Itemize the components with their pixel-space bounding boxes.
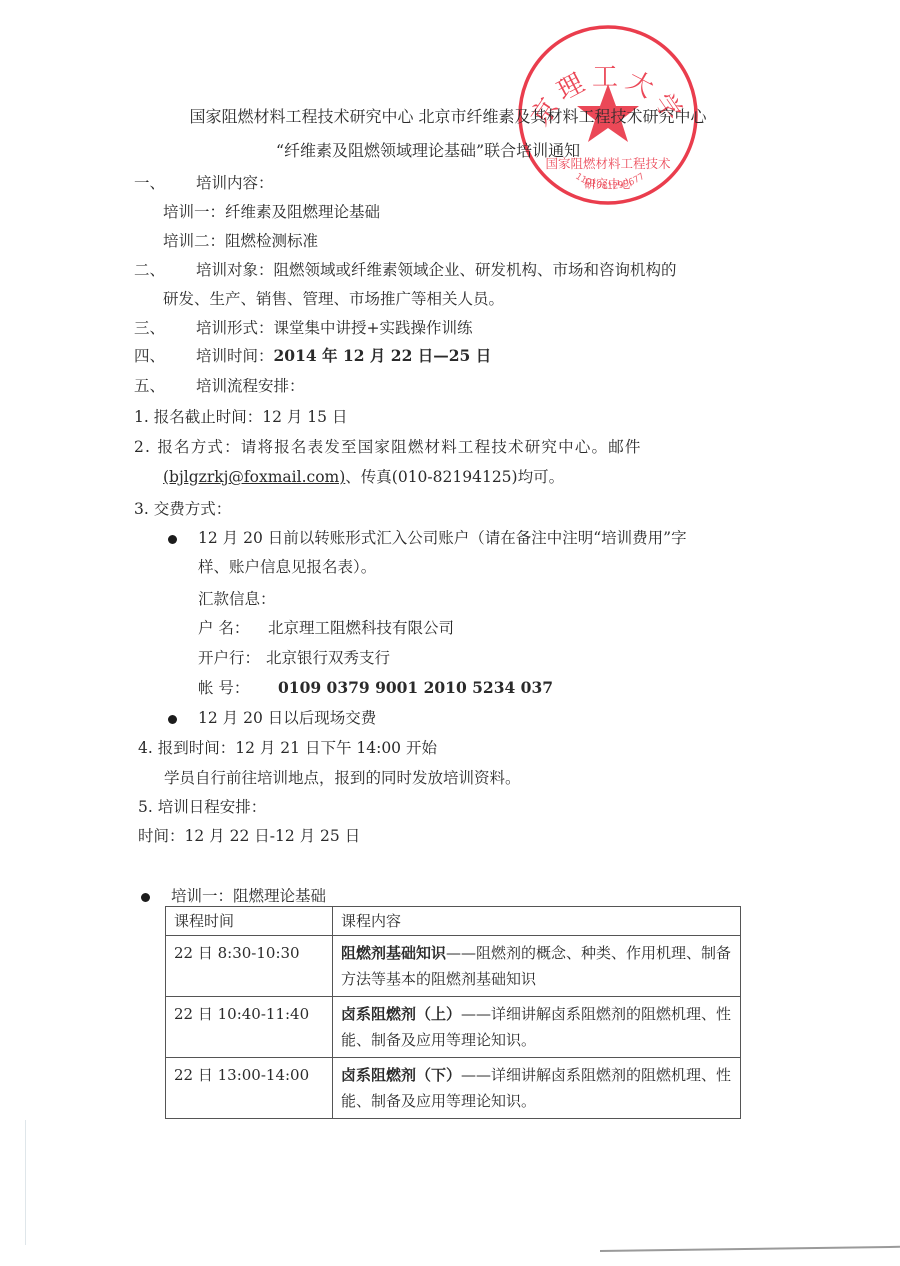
section-3-heading: 培训形式：课堂集中讲授+实践操作训练 bbox=[196, 318, 473, 338]
bullet-icon bbox=[141, 893, 150, 902]
bullet-icon bbox=[168, 535, 177, 544]
account-number-label: 帐 号： bbox=[198, 678, 249, 698]
account-name-label: 户 名： bbox=[198, 618, 249, 638]
section-5-heading: 培训流程安排： bbox=[196, 376, 305, 396]
step-3-payment: 3. 交费方式： bbox=[134, 499, 231, 519]
table-row: 22 日 13:00-14:00 卤系阻燃剂（下）——详细讲解卤系阻燃剂的阻燃机… bbox=[166, 1058, 741, 1119]
session-title: 卤系阻燃剂（下） bbox=[341, 1066, 461, 1084]
section-3-number: 三、 bbox=[134, 318, 165, 338]
document-page: 京理工大学 国家阻燃材料工程技术 研究中心 1101081299677 国家阻燃… bbox=[0, 0, 900, 1266]
step-5-schedule: 5. 培训日程安排： bbox=[138, 797, 266, 817]
email-link[interactable]: (bjlgzrkj@foxmail.com) bbox=[163, 468, 345, 486]
training-item-2: 培训二：阻燃检测标准 bbox=[163, 231, 318, 251]
section-2-continued: 研发、生产、销售、管理、市场推广等相关人员。 bbox=[163, 289, 504, 309]
session-title: 卤系阻燃剂（上） bbox=[341, 1005, 461, 1023]
schedule-heading: 培训一：阻燃理论基础 bbox=[171, 886, 326, 906]
bank-label: 开户行： bbox=[198, 648, 260, 668]
fax-text: 、传真(010-82194125)均可。 bbox=[345, 468, 564, 486]
svg-text:1101081299677: 1101081299677 bbox=[573, 172, 646, 192]
session-time: 22 日 13:00-14:00 bbox=[166, 1058, 333, 1119]
step-4-checkin: 4. 报到时间：12 月 21 日下午 14:00 开始 bbox=[138, 738, 437, 758]
payment-option-1: 12 月 20 日前以转账形式汇入公司账户（请在备注中注明“培训费用”字 bbox=[198, 528, 687, 548]
section-1-heading: 培训内容： bbox=[196, 173, 274, 193]
training-dates: 2014 年 12 月 22 日—25 日 bbox=[274, 346, 492, 365]
account-number: 0109 0379 9001 2010 5234 037 bbox=[278, 678, 553, 698]
session-content: 卤系阻燃剂（下）——详细讲解卤系阻燃剂的阻燃机理、性能、制备及应用等理论知识。 bbox=[333, 1058, 741, 1119]
step-2-registration: 2. 报名方式：请将报名表发至国家阻燃材料工程技术研究中心。邮件 bbox=[134, 437, 642, 457]
step-4-note: 学员自行前往培训地点，报到的同时发放培训资料。 bbox=[164, 768, 521, 788]
section-4-label: 培训时间： bbox=[196, 347, 274, 365]
bullet-icon bbox=[168, 715, 177, 724]
session-title: 阻燃剂基础知识 bbox=[341, 944, 446, 962]
step-1-deadline: 1. 报名截止时间：12 月 15 日 bbox=[134, 407, 347, 427]
schedule-table: 课程时间 课程内容 22 日 8:30-10:30 阻燃剂基础知识——阻燃剂的概… bbox=[165, 906, 741, 1119]
section-2-heading: 培训对象：阻燃领域或纤维素领域企业、研发机构、市场和咨询机构的 bbox=[196, 260, 677, 280]
remittance-label: 汇款信息： bbox=[198, 589, 276, 609]
session-content: 卤系阻燃剂（上）——详细讲解卤系阻燃剂的阻燃机理、性能、制备及应用等理论知识。 bbox=[333, 997, 741, 1058]
session-time: 22 日 10:40-11:40 bbox=[166, 997, 333, 1058]
notice-title-organizations: 国家阻燃材料工程技术研究中心 北京市纤维素及其材料工程技术研究中心 bbox=[0, 107, 898, 127]
account-name: 北京理工阻燃科技有限公司 bbox=[268, 618, 454, 638]
session-time: 22 日 8:30-10:30 bbox=[166, 936, 333, 997]
bank-name: 北京银行双秀支行 bbox=[266, 648, 390, 668]
column-header-time: 课程时间 bbox=[166, 907, 333, 936]
table-header-row: 课程时间 课程内容 bbox=[166, 907, 741, 936]
table-row: 22 日 8:30-10:30 阻燃剂基础知识——阻燃剂的概念、种类、作用机理、… bbox=[166, 936, 741, 997]
payment-option-2: 12 月 20 日以后现场交费 bbox=[198, 708, 376, 728]
session-content: 阻燃剂基础知识——阻燃剂的概念、种类、作用机理、制备方法等基本的阻燃剂基础知识 bbox=[333, 936, 741, 997]
section-5-number: 五、 bbox=[134, 376, 165, 396]
section-1-number: 一、 bbox=[134, 173, 165, 193]
training-item-1: 培训一：纤维素及阻燃理论基础 bbox=[163, 202, 380, 222]
table-row: 22 日 10:40-11:40 卤系阻燃剂（上）——详细讲解卤系阻燃剂的阻燃机… bbox=[166, 997, 741, 1058]
schedule-date-range: 时间：12 月 22 日-12 月 25 日 bbox=[138, 826, 360, 846]
scan-edge-line bbox=[25, 1120, 26, 1245]
column-header-content: 课程内容 bbox=[333, 907, 741, 936]
section-4-heading: 培训时间：2014 年 12 月 22 日—25 日 bbox=[196, 346, 491, 366]
svg-text:研究中心: 研究中心 bbox=[584, 176, 633, 191]
step-2-contacts: (bjlgzrkj@foxmail.com)、传真(010-82194125)均… bbox=[163, 467, 564, 487]
notice-title: “纤维素及阻燃领域理论基础”联合培训通知 bbox=[0, 141, 878, 161]
scan-edge-line bbox=[600, 1246, 900, 1252]
section-4-number: 四、 bbox=[134, 346, 165, 366]
section-2-number: 二、 bbox=[134, 260, 165, 280]
payment-option-1-cont: 样、账户信息见报名表）。 bbox=[198, 557, 376, 577]
